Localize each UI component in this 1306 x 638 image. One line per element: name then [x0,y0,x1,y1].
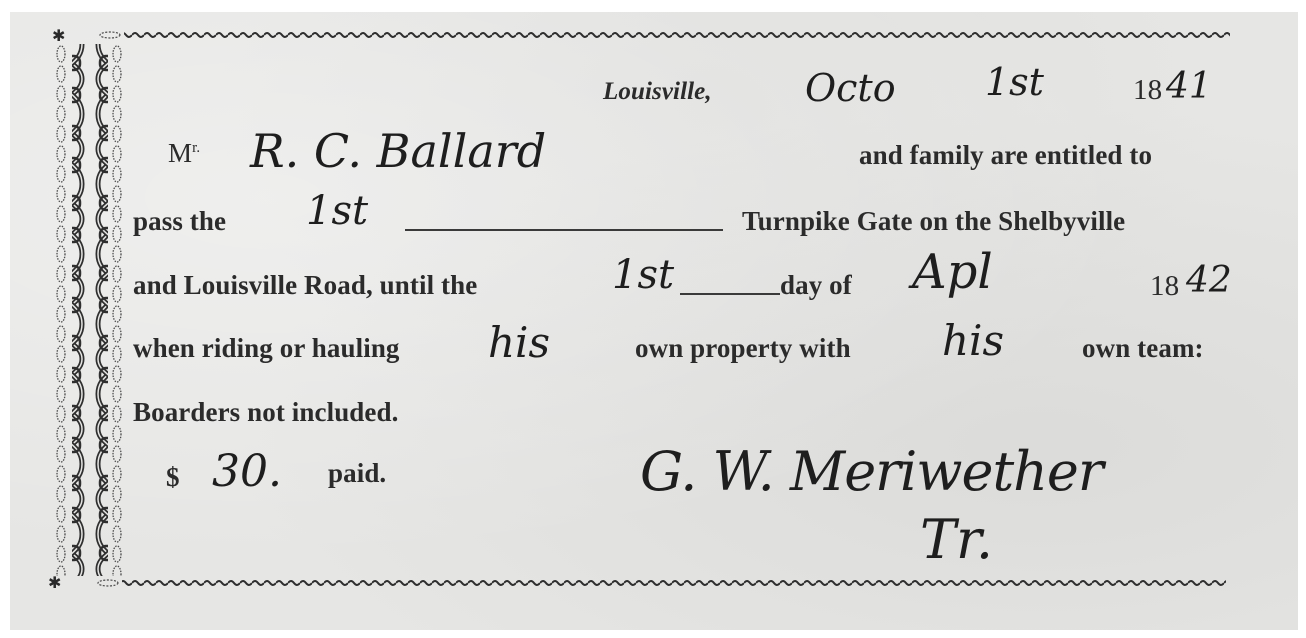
until-text: and Louisville Road, until the [133,270,477,301]
date-month-handwritten: Octo [805,66,896,110]
turnpike-gate-text: Turnpike Gate on the Shelbyville [742,206,1125,237]
gate-number-handwritten: 1st [306,188,368,234]
honorific-prefix: Mr. [168,138,200,169]
year-handwritten: 41 [1166,66,1212,107]
own-team-text: own team: [1082,333,1204,364]
left-braided-border [54,44,126,576]
amount-handwritten: 30. [212,446,282,497]
day-of-text: day of [780,270,852,301]
signature-handwritten: G. W. Meriwether [640,440,1103,503]
riding-hauling-text: when riding or hauling [133,333,400,364]
currency-symbol: $ [166,462,180,493]
signature-title-handwritten: Tr. [920,508,993,571]
expiry-day-handwritten: 1st [612,252,674,298]
pronoun-handwritten-2: his [942,316,1004,365]
boarders-note: Boarders not included. [133,397,398,428]
holder-name-handwritten: R. C. Ballard [250,124,546,178]
gate-blank-line [405,229,723,231]
date-day-handwritten: 1st [985,60,1044,104]
expiry-year-printed-prefix: 18 [1150,270,1179,303]
corner-star-icon: ✱ [52,28,65,44]
day-blank-line [680,293,780,295]
pass-the-text: pass the [133,206,226,237]
place-label: Louisville, [603,78,712,106]
top-wavy-border [96,30,1230,40]
pronoun-handwritten-1: his [488,318,550,367]
corner-star-icon: ✱ [48,575,61,591]
expiry-year-handwritten: 42 [1186,260,1232,301]
paid-label: paid. [328,458,386,489]
own-property-text: own property with [635,333,851,364]
expiry-month-handwritten: Apl [912,244,993,300]
year-printed-prefix: 18 [1133,74,1162,107]
bottom-wavy-border [96,578,1226,588]
entitlement-text: and family are entitled to [859,140,1152,171]
